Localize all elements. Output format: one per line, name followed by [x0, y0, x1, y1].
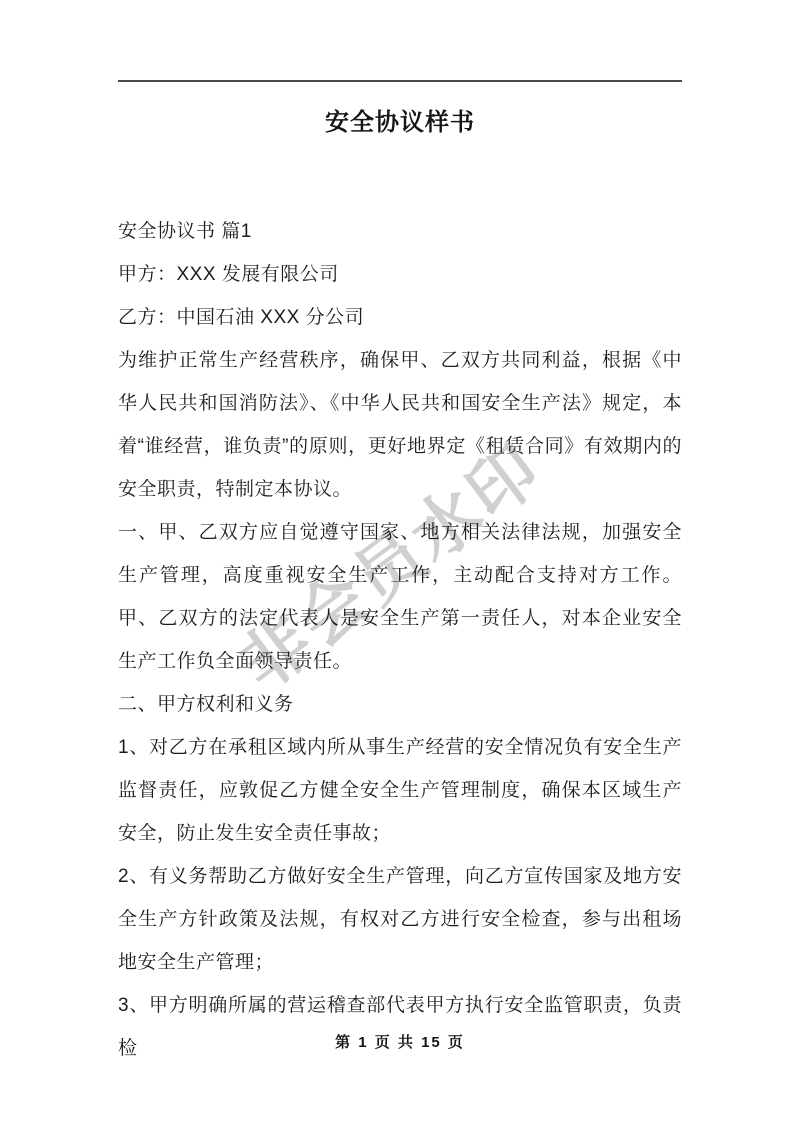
page-title: 安全协议样书: [0, 102, 800, 137]
paragraph-party-a: 甲方：XXX 发展有限公司: [118, 253, 682, 296]
paragraph-item-2: 2、有义务帮助乙方做好安全生产管理，向乙方宣传国家及地方安全生产方针政策及法规，…: [118, 855, 682, 984]
paragraph-preamble: 为维护正常生产经营秩序，确保甲、乙双方共同利益，根据《中华人民共和国消防法》、《…: [118, 339, 682, 511]
paragraph-item-3: 3、甲方明确所属的营运稽查部代表甲方执行安全监管职责，负责检: [118, 984, 682, 1070]
paragraph-item-1: 1、对乙方在承租区域内所从事生产经营的安全情况负有安全生产监督责任，应敦促乙方健…: [118, 726, 682, 855]
document-body: 安全协议书 篇1 甲方：XXX 发展有限公司 乙方：中国石油 XXX 分公司 为…: [118, 210, 682, 1070]
paragraph-heading: 安全协议书 篇1: [118, 210, 682, 253]
document-page: 安全协议样书 非会员水印 安全协议书 篇1 甲方：XXX 发展有限公司 乙方：中…: [0, 0, 800, 1131]
paragraph-clause-2-heading: 二、甲方权利和义务: [118, 683, 682, 726]
header-rule: [118, 80, 682, 82]
paragraph-party-b: 乙方：中国石油 XXX 分公司: [118, 296, 682, 339]
paragraph-clause-1: 一、甲、乙双方应自觉遵守国家、地方相关法律法规，加强安全生产管理，高度重视安全生…: [118, 511, 682, 683]
page-number: 第 1 页 共 15 页: [0, 1031, 800, 1052]
